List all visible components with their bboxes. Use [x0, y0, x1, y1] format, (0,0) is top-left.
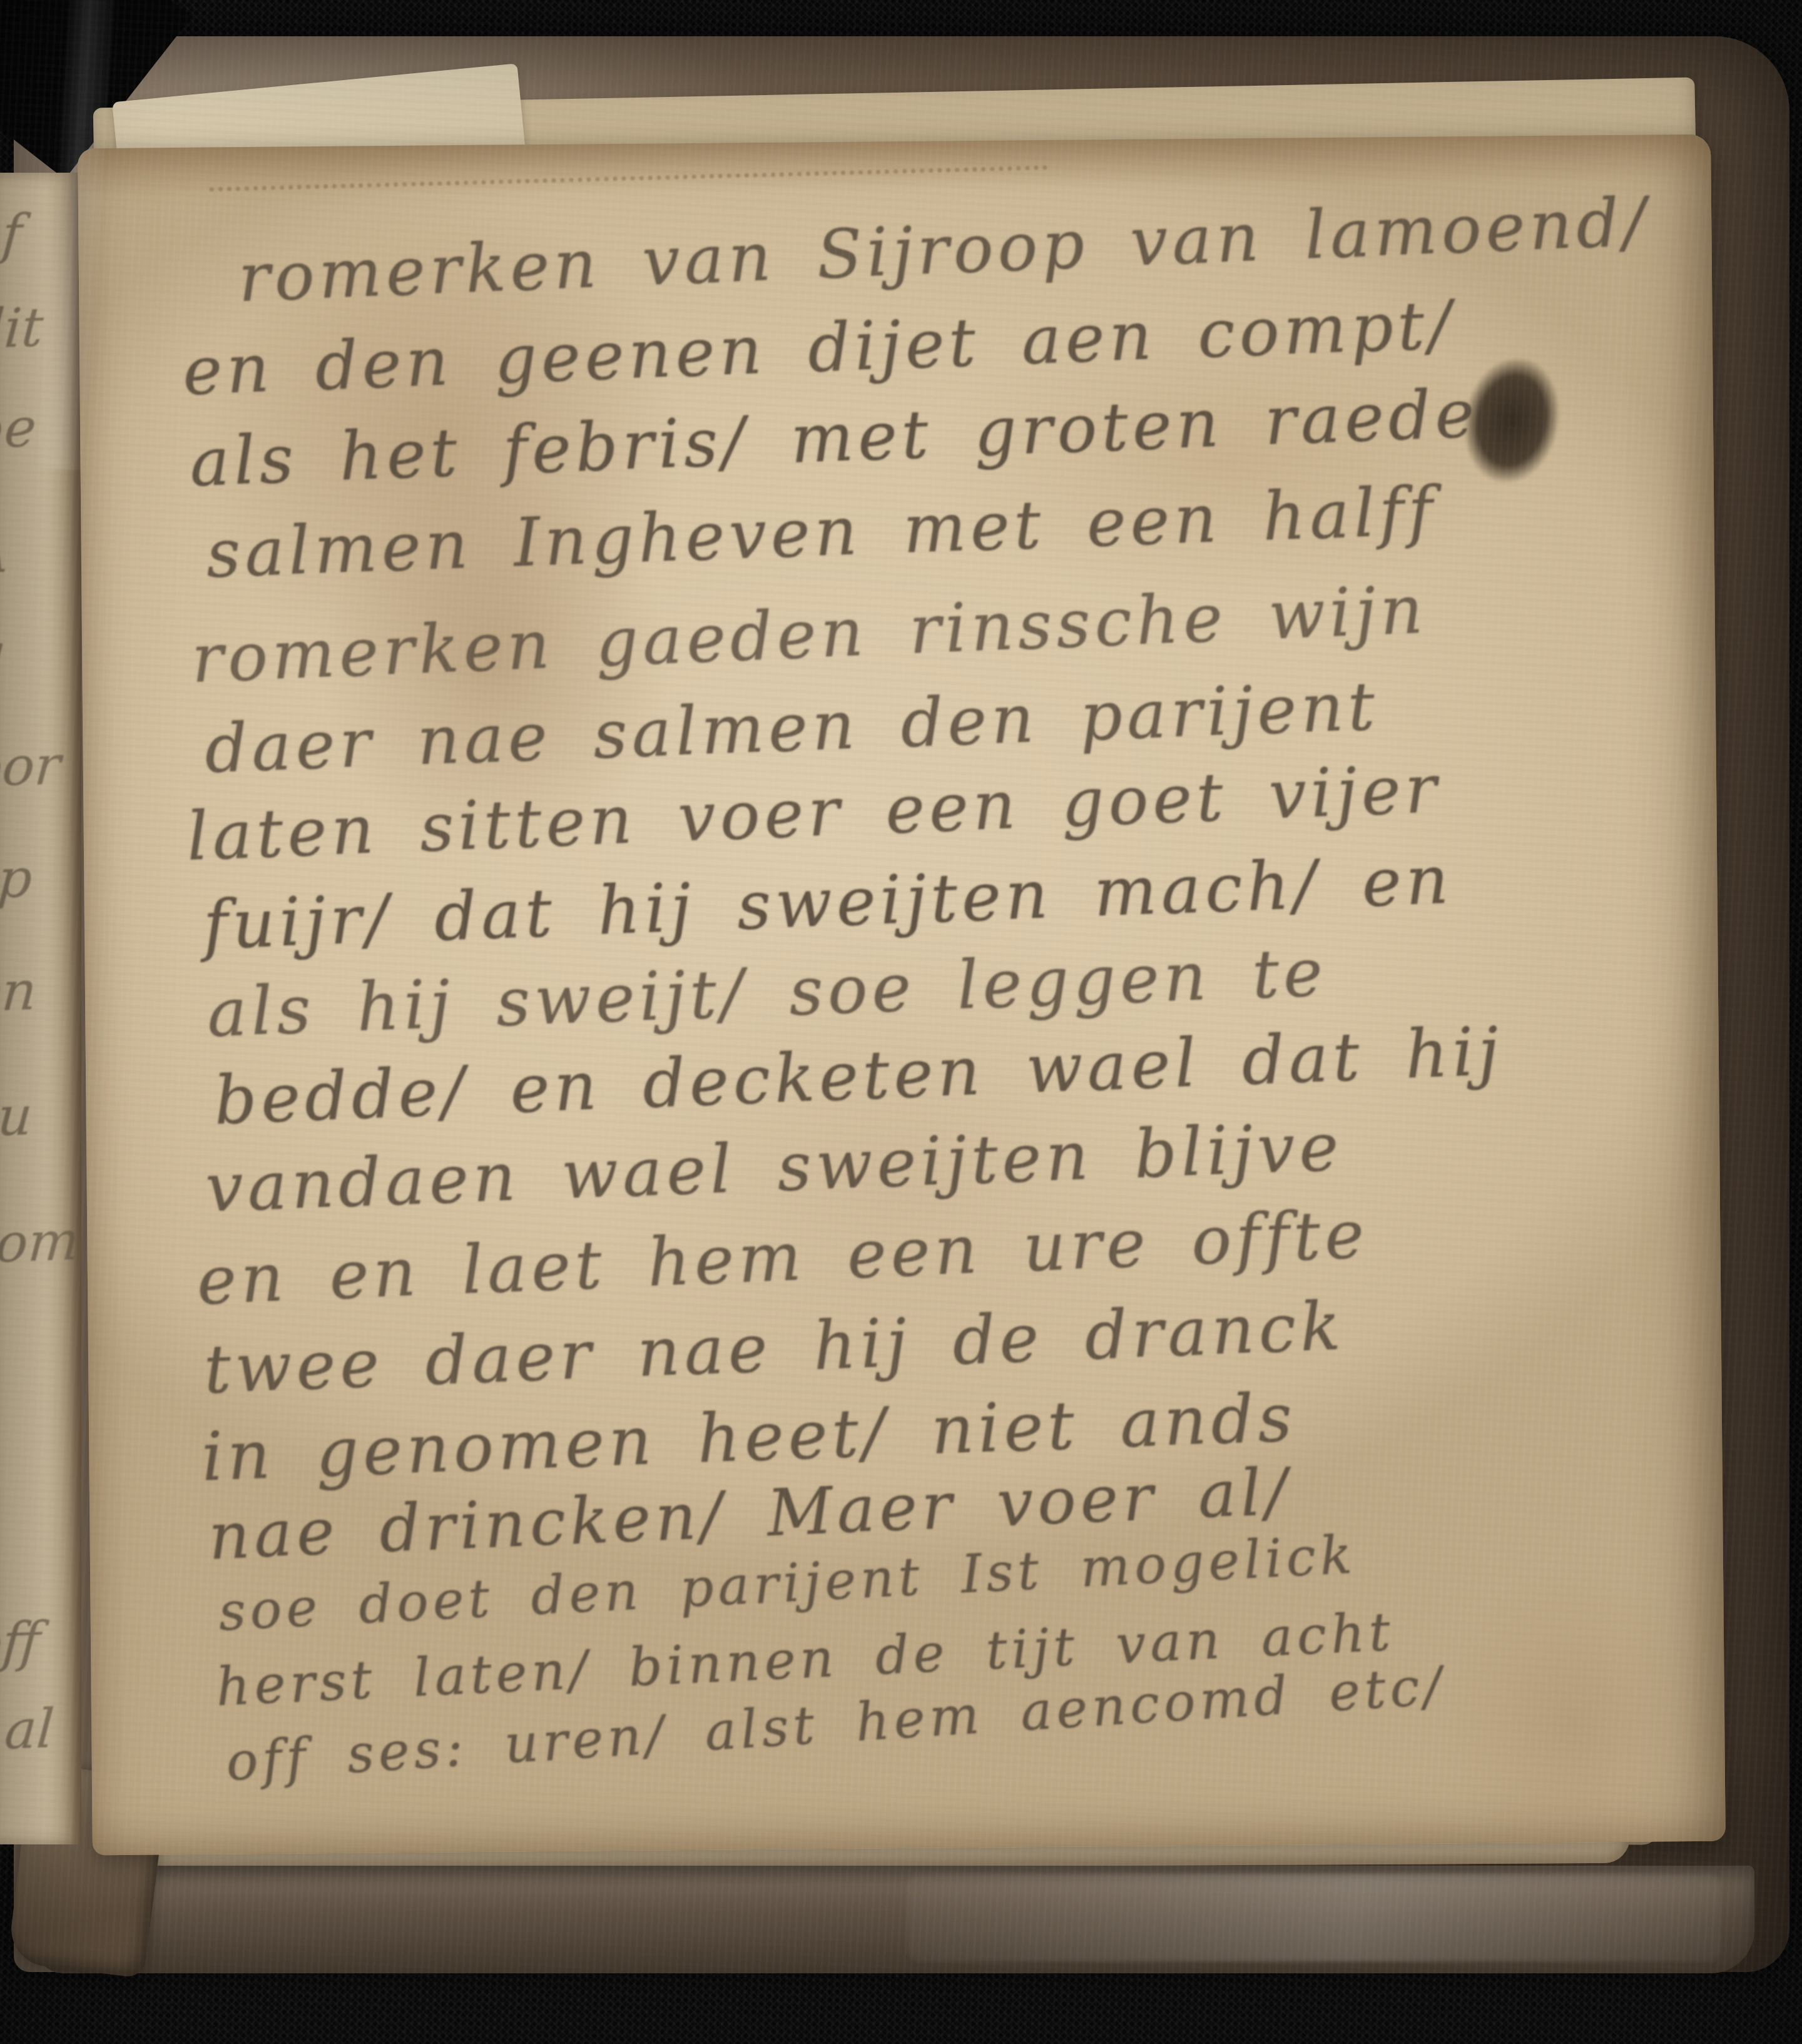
- handwriting-fragment: en: [0, 960, 39, 1025]
- handwriting-fragment: dit: [0, 297, 46, 362]
- handwriting-fragment: romp: [0, 1209, 81, 1276]
- handwriting-fragment: off: [0, 1610, 43, 1675]
- sewing-stitch-line: [210, 165, 1048, 191]
- handwriting-fragment: sp: [0, 847, 34, 912]
- cover-gloss-highlight: [907, 1874, 1721, 1961]
- handwriting-fragment: g: [0, 623, 7, 686]
- handwriting-fragment: af: [0, 203, 24, 267]
- manuscript-page: romerken van Sijroop van lamoend/ en den…: [78, 135, 1726, 1856]
- handwriting-fragment: su: [0, 1085, 34, 1150]
- handwriting-fragment: A: [0, 522, 11, 586]
- photo-backdrop: { "scene": { "description": "Photograph …: [0, 0, 1802, 2044]
- ink-blot: [1452, 348, 1571, 492]
- handwriting-fragment: oor: [0, 734, 63, 800]
- page-stain: [1435, 1561, 1714, 1889]
- handwriting-fragment: hal: [0, 1698, 56, 1764]
- handwriting-fragment: be: [0, 397, 38, 462]
